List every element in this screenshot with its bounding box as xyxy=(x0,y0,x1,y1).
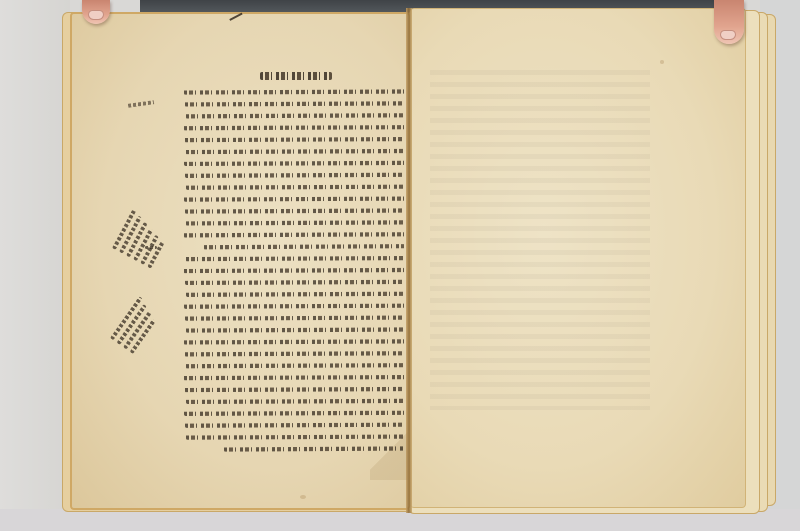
text-line xyxy=(186,326,404,333)
text-line xyxy=(186,112,404,119)
text-line xyxy=(184,409,404,416)
text-line xyxy=(186,397,404,404)
text-line xyxy=(184,159,404,166)
text-line xyxy=(186,148,404,155)
text-line xyxy=(185,314,404,321)
paper-stain xyxy=(660,60,664,64)
text-line xyxy=(185,100,404,107)
text-line xyxy=(186,219,404,226)
text-line xyxy=(186,362,404,369)
main-text-block xyxy=(182,66,404,461)
right-finger-holding-page xyxy=(714,0,744,44)
text-line xyxy=(185,350,404,357)
text-line xyxy=(186,290,404,297)
text-line xyxy=(185,278,404,285)
marginal-line xyxy=(145,246,157,249)
text-line xyxy=(184,338,404,345)
right-page-bleed-through xyxy=(430,70,650,410)
text-line xyxy=(184,267,404,274)
text-line xyxy=(184,195,404,202)
text-line xyxy=(185,171,404,178)
text-heading xyxy=(260,72,332,80)
text-line xyxy=(224,445,404,452)
text-line xyxy=(185,207,404,214)
text-line xyxy=(185,136,404,143)
text-line xyxy=(184,231,404,238)
text-line xyxy=(185,421,404,428)
marginal-note-label xyxy=(145,246,159,253)
text-line xyxy=(186,255,404,262)
text-line xyxy=(184,302,404,309)
text-line xyxy=(186,433,404,440)
text-line xyxy=(184,124,404,131)
text-line xyxy=(184,374,404,381)
text-line xyxy=(184,88,404,95)
table-surface-left xyxy=(0,0,70,531)
text-line xyxy=(186,183,404,190)
paper-stain xyxy=(300,495,306,499)
text-line xyxy=(204,243,404,250)
text-line xyxy=(185,386,404,393)
